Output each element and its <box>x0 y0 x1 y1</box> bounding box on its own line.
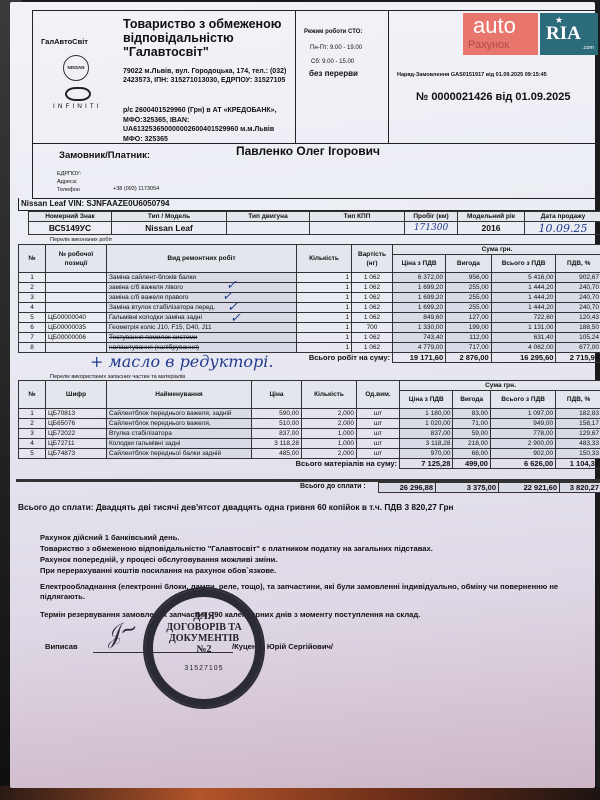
works-total-discount: 2 876,00 <box>446 353 492 363</box>
invoice-number: № 0000021426 від 01.09.2025 <box>416 91 570 103</box>
work-name: Геометрія коліс J10, F15, D40, J11 <box>107 323 297 333</box>
work-vat: 120,43 <box>556 313 600 323</box>
work-vat: 105,24 <box>556 333 600 343</box>
company-name-line2: відповідальністю <box>123 31 281 45</box>
customer-block: Замовник/Платник: Павленко Олег Ігорович… <box>32 141 600 199</box>
work-row: 3заміна с/б важеля правого11 0621 699,20… <box>19 293 600 303</box>
work-no: 6 <box>19 323 46 333</box>
bank-line-1: р/с 2600401529960 (Грн) в АТ «КРЕДОБАНК»… <box>123 106 298 116</box>
company-address: 79022 м.Львів, вул. Городоцька, 174, тел… <box>123 67 298 85</box>
work-total-vat: 4 062,00 <box>491 343 556 353</box>
vehicle-col-year: Модельний рік <box>458 212 525 222</box>
note-preliminary: Рахунок попередній, у процесі обслуговув… <box>40 554 433 565</box>
materials-col-total-vat: Всього з ПДВ <box>490 391 555 409</box>
work-position <box>46 343 107 353</box>
stamp-line-2: ДОГОВОРІВ ТА <box>145 622 263 633</box>
nissan-logo-icon: NISSAN <box>63 55 89 81</box>
work-price-vat: 743,40 <box>393 333 446 343</box>
work-discount: 956,00 <box>446 273 492 283</box>
material-code: ЦБ70813 <box>46 409 107 419</box>
handwritten-note: + масло в редукторі. <box>90 352 274 371</box>
work-name: заміна с/б важеля правого <box>107 293 297 303</box>
material-discount: 59,00 <box>453 429 490 439</box>
work-no: 8 <box>19 343 46 353</box>
work-position <box>46 283 107 293</box>
work-qty: 1 <box>297 333 352 343</box>
work-total-vat: 5 416,00 <box>491 273 556 283</box>
materials-table: № Шифр Найменування Ціна Кількість Од.ви… <box>18 380 600 469</box>
work-total-vat: 722,60 <box>491 313 556 323</box>
material-vat: 158,17 <box>556 419 600 429</box>
materials-col-unit: Од.вим. <box>357 381 400 409</box>
model-value: Nissan Leaf <box>112 222 227 235</box>
work-vat: 677,00 <box>556 343 600 353</box>
watermark-com-text: .com <box>582 45 594 51</box>
sale-date-value: 10.09.25 <box>525 222 600 235</box>
material-price: 510,00 <box>252 419 302 429</box>
material-code: ЦБ65076 <box>46 419 107 429</box>
work-qty: 1 <box>297 293 352 303</box>
vehicle-col-mileage: Пробіг (км) <box>405 212 458 222</box>
work-no: 3 <box>19 293 46 303</box>
materials-total-row: Всього матеріалів на суму: 7 125,28 499,… <box>19 459 600 469</box>
autoria-watermark-auto: auto Рахунок <box>463 13 538 55</box>
work-qty: 1 <box>297 343 352 353</box>
material-row: 1ЦБ70813Сайлентблок переднього важеля, з… <box>19 409 600 419</box>
work-position <box>46 303 107 313</box>
works-caption: Перелік виконаних робіт <box>50 237 112 243</box>
work-discount: 717,00 <box>446 343 492 353</box>
work-cost: 700 <box>352 323 393 333</box>
materials-col-code: Шифр <box>46 381 107 409</box>
work-price-vat: 6 372,00 <box>393 273 446 283</box>
work-name: Гальмівні колодки заміна задні <box>107 313 297 323</box>
check-icon: ✓ <box>230 313 241 324</box>
work-vat: 240,70 <box>556 303 600 313</box>
work-total-vat: 631,40 <box>491 333 556 343</box>
company-name: Товариство з обмеженою відповідальністю … <box>123 17 281 59</box>
bank-line-3: UA613253650000002600401529960 м.м.Львів <box>123 125 298 135</box>
work-vat: 188,50 <box>556 323 600 333</box>
vehicle-col-sale-date: Дата продажу <box>525 212 600 222</box>
materials-col-name: Найменування <box>107 381 252 409</box>
work-total-vat: 1 444,20 <box>491 283 556 293</box>
infiniti-logo-text: INFINITI <box>53 103 102 110</box>
works-col-price-vat: Ціна з ПДВ <box>393 255 446 273</box>
material-price-vat: 970,00 <box>400 449 453 459</box>
material-discount: 218,00 <box>453 439 490 449</box>
materials-header-row: № Шифр Найменування Ціна Кількість Од.ви… <box>19 381 600 391</box>
customer-name: Павленко Олег Ігорович <box>236 144 380 158</box>
work-vat: 240,70 <box>556 293 600 303</box>
watermark-ria-text: RIA <box>546 23 581 45</box>
signature-label: Виписав <box>45 642 78 651</box>
work-no: 7 <box>19 333 46 343</box>
material-name: Сайлентблок переднього важеля, задній <box>107 409 252 419</box>
work-position <box>46 273 107 283</box>
schedule-note: без перерви <box>309 69 358 78</box>
plate-value: ВС5149УС <box>29 222 112 235</box>
work-discount: 255,00 <box>446 283 492 293</box>
works-col-discount: Вигода <box>446 255 492 273</box>
brand-name: ГалАвтоСвіт <box>41 37 88 46</box>
infiniti-logo-icon <box>65 87 91 101</box>
material-total-vat: 902,00 <box>490 449 555 459</box>
material-unit: шт <box>357 409 400 419</box>
work-position: ЦБ00000035 <box>46 323 107 333</box>
work-name: налаштування (калібрування) <box>107 343 297 353</box>
work-vat: 902,67 <box>556 273 600 283</box>
star-icon: ★ <box>555 15 563 26</box>
work-price-vat: 1 699,20 <box>393 303 446 313</box>
notes-block: Рахунок дійсний 1 банківський день. Това… <box>40 532 433 576</box>
works-total-sum: 16 295,60 <box>491 353 556 363</box>
material-row: 5ЦБ74873Сайлентблок передньої балки задн… <box>19 449 600 459</box>
works-col-no: № <box>19 245 46 273</box>
material-total-vat: 1 097,00 <box>490 409 555 419</box>
phone-value: +38 (093) 1173054 <box>113 186 159 192</box>
work-row: 6ЦБ00000035Геометрія коліс J10, F15, D40… <box>19 323 600 333</box>
nissan-logo-text: NISSAN <box>67 65 84 70</box>
bank-line-2: МФО:325365, IBAN: <box>123 116 298 126</box>
grand-total-label: Всього до сплати : <box>300 483 366 490</box>
material-qty: 2,000 <box>302 449 357 459</box>
work-price-vat: 1 699,20 <box>393 293 446 303</box>
material-vat: 150,33 <box>556 449 600 459</box>
watermark-auto-text: auto <box>473 13 516 39</box>
work-order-line: Наряд-Замовлення GAS0151917 від 01.09.20… <box>397 72 547 78</box>
material-price: 837,00 <box>252 429 302 439</box>
stamp-line-3: ДОКУМЕНТІВ <box>145 633 263 644</box>
works-table: № № робочої позиції Вид ремонтних робіт … <box>18 244 600 363</box>
watermark-rakhunok-text: Рахунок <box>468 39 509 51</box>
material-name: Втулка стабілізатора <box>107 429 252 439</box>
materials-total-vat: 1 104,33 <box>556 459 600 469</box>
vin-line: Nissan Leaf VIN: SJNFAAZE0U6050794 <box>18 198 600 211</box>
material-total-vat: 778,00 <box>490 429 555 439</box>
year-value: 2016 <box>458 222 525 235</box>
material-discount: 83,00 <box>453 409 490 419</box>
work-cost: 1 062 <box>352 293 393 303</box>
material-qty: 2,000 <box>302 419 357 429</box>
work-position <box>46 293 107 303</box>
materials-col-sum-group: Сума грн. <box>400 381 600 391</box>
material-code: ЦБ72711 <box>46 439 107 449</box>
material-no: 3 <box>19 429 46 439</box>
works-col-qty: Кількість <box>297 245 352 273</box>
work-cost: 1 062 <box>352 303 393 313</box>
work-cost: 1 062 <box>352 283 393 293</box>
works-col-sum-group: Сума грн. <box>393 245 600 255</box>
material-no: 1 <box>19 409 46 419</box>
material-unit: шт <box>357 449 400 459</box>
material-name: Сайлентблок переднього важеля, <box>107 419 252 429</box>
works-col-total-vat: Всього з ПДВ <box>491 255 556 273</box>
material-total-vat: 2 900,00 <box>490 439 555 449</box>
company-bank-details: р/с 2600401529960 (Грн) в АТ «КРЕДОБАНК»… <box>123 106 298 144</box>
work-qty: 1 <box>297 303 352 313</box>
material-name: Сайлентблок передньої балки задній <box>107 449 252 459</box>
grand-total-table: 26 296,88 3 375,00 22 921,60 3 820,27 <box>378 482 600 493</box>
work-row: 7ЦБ00000006Тестування помилок системи11 … <box>19 333 600 343</box>
material-no: 2 <box>19 419 46 429</box>
grand-total-discount: 3 375,00 <box>436 483 499 493</box>
work-vat: 240,70 <box>556 283 600 293</box>
stamp-code: 31527105 <box>145 665 263 672</box>
works-header-row: № № робочої позиції Вид ремонтних робіт … <box>19 245 600 255</box>
materials-total-sum: 6 626,00 <box>490 459 555 469</box>
materials-total-price: 7 125,28 <box>400 459 453 469</box>
schedule-block: Режим роботи СТО: Пн-Пт: 9.00 - 19.00 Сб… <box>295 11 389 143</box>
material-row: 2ЦБ65076Сайлентблок переднього важеля,51… <box>19 419 600 429</box>
material-code: ЦБ72022 <box>46 429 107 439</box>
work-cost: 1 062 <box>352 343 393 353</box>
note-tax-status: Товариство з обмеженою відповідальністю … <box>40 543 433 554</box>
work-row: 4Заміна втулок стабілізатора перед.11 06… <box>19 303 600 313</box>
material-price-vat: 837,00 <box>400 429 453 439</box>
work-name: заміна с/б важеля лівого <box>107 283 297 293</box>
handwritten-signature: 𝒥~ <box>102 615 142 649</box>
material-discount: 71,00 <box>453 419 490 429</box>
work-no: 1 <box>19 273 46 283</box>
schedule-title: Режим роботи СТО: <box>304 29 362 35</box>
work-qty: 1 <box>297 323 352 333</box>
autoria-watermark-ria: RIA ★ .com <box>540 13 598 55</box>
material-discount: 68,00 <box>453 449 490 459</box>
customer-label: Замовник/Платник: <box>59 150 150 161</box>
works-total-price: 19 171,60 <box>393 353 446 363</box>
material-price-vat: 3 118,28 <box>400 439 453 449</box>
work-price-vat: 4 779,00 <box>393 343 446 353</box>
work-cost: 1 062 <box>352 333 393 343</box>
stamp-line-1: ДЛЯ <box>145 611 263 622</box>
schedule-weekdays: Пн-Пт: 9.00 - 19.00 <box>310 45 362 51</box>
phone-label: Телефон <box>57 187 80 193</box>
work-cost: 1 062 <box>352 273 393 283</box>
work-total-vat: 1 444,20 <box>491 303 556 313</box>
material-price: 485,00 <box>252 449 302 459</box>
work-no: 5 <box>19 313 46 323</box>
work-name: Заміна сайлент-блоків балки <box>107 273 297 283</box>
handwritten-checkmarks: ✓ ✓ ✓ ✓ <box>222 280 241 324</box>
material-total-vat: 949,00 <box>490 419 555 429</box>
material-qty: 1,000 <box>302 429 357 439</box>
work-row: 8налаштування (калібрування)11 0624 779,… <box>19 343 600 353</box>
grand-total-price: 26 296,88 <box>379 483 436 493</box>
works-col-position: № робочої позиції <box>46 245 107 273</box>
material-unit: шт <box>357 439 400 449</box>
vehicle-header-row: Номерний Знак Тип / Модель Тип двигуна Т… <box>29 212 600 222</box>
material-price: 590,00 <box>252 409 302 419</box>
edrpou-label: ЕДРПОУ: <box>57 171 81 177</box>
work-price-vat: 1 330,00 <box>393 323 446 333</box>
material-row: 3ЦБ72022Втулка стабілізатора837,001,000ш… <box>19 429 600 439</box>
works-col-name: Вид ремонтних робіт <box>107 245 297 273</box>
material-no: 4 <box>19 439 46 449</box>
materials-total-label: Всього матеріалів на суму: <box>19 459 400 469</box>
engine-value <box>227 222 310 235</box>
work-row: 2заміна с/б важеля лівого11 0621 699,202… <box>19 283 600 293</box>
material-qty: 2,000 <box>302 409 357 419</box>
work-qty: 1 <box>297 273 352 283</box>
work-no: 4 <box>19 303 46 313</box>
work-price-vat: 1 699,20 <box>393 283 446 293</box>
condition-electrical: Електрообладнання (електронні блоки, лам… <box>40 582 580 602</box>
company-stamp: ДЛЯ ДОГОВОРІВ ТА ДОКУМЕНТІВ №2 31527105 <box>143 587 265 709</box>
works-col-cost: Вартість (нг) <box>352 245 393 273</box>
grand-total-sum: 22 921,60 <box>499 483 560 493</box>
company-name-line1: Товариство з обмеженою <box>123 17 281 31</box>
vehicle-table: Номерний Знак Тип / Модель Тип двигуна Т… <box>28 211 600 235</box>
invoice-header: ГалАвтоСвіт NISSAN INFINITI Товариство з… <box>32 10 600 144</box>
material-unit: шт <box>357 429 400 439</box>
schedule-saturday: Сб: 9.00 - 15.00 <box>311 59 354 65</box>
materials-col-price: Ціна <box>252 381 302 409</box>
grand-total-vat: 3 820,27 <box>560 483 600 493</box>
materials-col-vat: ПДВ, % <box>556 391 600 409</box>
material-price: 3 118,28 <box>252 439 302 449</box>
gearbox-value <box>310 222 405 235</box>
vehicle-col-engine: Тип двигуна <box>227 212 310 222</box>
material-code: ЦБ74873 <box>46 449 107 459</box>
works-total-vat: 2 715,94 <box>556 353 600 363</box>
work-discount: 255,00 <box>446 293 492 303</box>
work-row: 1Заміна сайлент-блоків балки11 0626 372,… <box>19 273 600 283</box>
work-no: 2 <box>19 283 46 293</box>
materials-col-no: № <box>19 381 46 409</box>
vehicle-col-gearbox: Тип КПП <box>310 212 405 222</box>
work-price-vat: 849,60 <box>393 313 446 323</box>
material-vat: 483,33 <box>556 439 600 449</box>
work-name: Заміна втулок стабілізатора перед. <box>107 303 297 313</box>
vehicle-col-plate: Номерний Знак <box>29 212 112 222</box>
material-no: 5 <box>19 449 46 459</box>
work-name: Тестування помилок системи <box>107 333 297 343</box>
grand-total-row: 26 296,88 3 375,00 22 921,60 3 820,27 <box>379 483 600 493</box>
materials-col-qty: Кількість <box>302 381 357 409</box>
material-name: Колодки гальмівні задні <box>107 439 252 449</box>
work-total-vat: 1 444,20 <box>491 293 556 303</box>
mileage-value: 171300 <box>405 222 458 235</box>
material-qty: 1,000 <box>302 439 357 449</box>
work-discount: 112,00 <box>446 333 492 343</box>
material-vat: 129,67 <box>556 429 600 439</box>
work-position: ЦБ00000040 <box>46 313 107 323</box>
material-price-vat: 1 020,00 <box>400 419 453 429</box>
work-qty: 1 <box>297 313 352 323</box>
materials-col-discount: Вигода <box>453 391 490 409</box>
address-label: Адреса: <box>57 179 77 185</box>
work-discount: 255,00 <box>446 303 492 313</box>
material-vat: 182,83 <box>556 409 600 419</box>
work-qty: 1 <box>297 283 352 293</box>
works-col-vat: ПДВ, % <box>556 255 600 273</box>
materials-total-discount: 499,00 <box>453 459 490 469</box>
company-name-line3: "Галавтосвіт" <box>123 45 281 59</box>
material-unit: шт <box>357 419 400 429</box>
work-position: ЦБ00000006 <box>46 333 107 343</box>
stamp-line-4: №2 <box>145 644 263 655</box>
note-validity: Рахунок дійсний 1 банківський день. <box>40 532 433 543</box>
materials-col-price-vat: Ціна з ПДВ <box>400 391 453 409</box>
background-table-surface <box>0 786 600 800</box>
work-total-vat: 1 131,00 <box>491 323 556 333</box>
invoice-paper: ГалАвтоСвіт NISSAN INFINITI Товариство з… <box>10 2 595 788</box>
material-row: 4ЦБ72711Колодки гальмівні задні3 118,281… <box>19 439 600 449</box>
work-discount: 199,00 <box>446 323 492 333</box>
work-row: 5ЦБ00000040Гальмівні колодки заміна задн… <box>19 313 600 323</box>
work-discount: 127,00 <box>446 313 492 323</box>
work-cost: 1 062 <box>352 313 393 323</box>
total-in-words: Всього до сплати: Двадцять дві тисячі де… <box>18 502 454 512</box>
vehicle-col-model: Тип / Модель <box>112 212 227 222</box>
material-price-vat: 1 180,00 <box>400 409 453 419</box>
note-reference: При перерахуванні коштів посилання на ра… <box>40 565 433 576</box>
vehicle-value-row: ВС5149УС Nissan Leaf 171300 2016 10.09.2… <box>29 222 600 235</box>
